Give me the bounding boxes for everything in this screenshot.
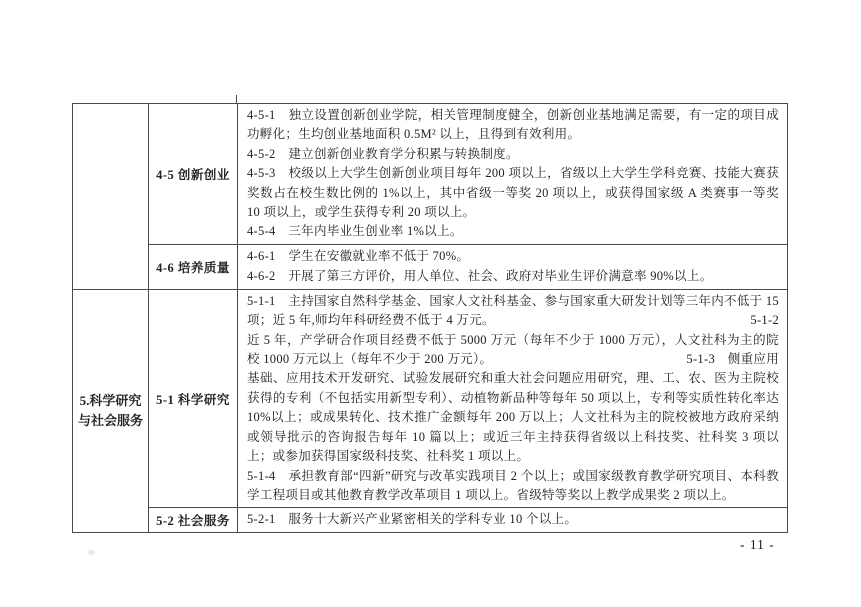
criteria-item-code-right: 5-1-3 侧重应用	[686, 350, 779, 369]
criteria-item-text: 5-1-4 承担教育部“四新”研究与改革实践项目 2 个以上；或国家级教育教学研…	[247, 469, 779, 502]
criteria-item-text: 4-5-1 独立设置创新创业学院，相关管理制度健全，创新创业基地满足需要，有一定…	[247, 108, 779, 141]
category-label-line2: 与社会服务	[75, 411, 146, 431]
category-cell-empty	[73, 104, 149, 290]
criteria-item-text: 5-1-1 主持国家自然科学基金、国家人文社科基金、参与国家重大研发计划等三年内…	[247, 294, 779, 327]
criteria-cell-4-6: 4-6-1 学生在安徽就业率不低于 70%。4-6-2 开展了第三方评价，用人单…	[238, 244, 788, 289]
criteria-cell-5-2: 5-2-1 服务十大新兴产业紧密相关的学科专业 10 个以上。	[238, 508, 788, 532]
evaluation-table: 4-5 创新创业 4-5-1 独立设置创新创业学院，相关管理制度健全，创新创业基…	[72, 103, 788, 533]
criteria-item: 近 5 年，产学研合作项目经费不低于 5000 万元（每年不少于 1000 万元…	[247, 331, 779, 370]
criteria-item: 5-2-1 服务十大新兴产业紧密相关的学科专业 10 个以上。	[247, 510, 779, 529]
table-row: 5.科学研究 与社会服务 5-1 科学研究 5-1-1 主持国家自然科学基金、国…	[73, 289, 788, 507]
indicator-cell-4-6: 4-6 培养质量	[149, 244, 238, 289]
criteria-item: 基础、应用技术开发研究、试验发展研究和重大社会问题应用研究，理、工、农、医为主院…	[247, 369, 779, 466]
criteria-item-code-right: 5-1-2	[750, 311, 779, 330]
criteria-item: 4-5-3 校级以上大学生创新创业项目每年 200 项以上，省级以上大学生学科竞…	[247, 164, 779, 222]
criteria-item: 4-5-4 三年内毕业生创业率 1%以上。	[247, 222, 779, 241]
criteria-item-text: 4-5-4 三年内毕业生创业率 1%以上。	[247, 224, 463, 238]
category-label-line1: 5.科学研究	[75, 391, 146, 411]
criteria-item: 5-1-1 主持国家自然科学基金、国家人文社科基金、参与国家重大研发计划等三年内…	[247, 292, 779, 331]
criteria-item: 5-1-4 承担教育部“四新”研究与改革实践项目 2 个以上；或国家级教育教学研…	[247, 467, 779, 506]
criteria-item: 4-6-2 开展了第三方评价，用人单位、社会、政府对毕业生评价满意率 90%以上…	[247, 267, 779, 286]
criteria-item: 4-6-1 学生在安徽就业率不低于 70%。	[247, 247, 779, 266]
indicator-cell-5-2: 5-2 社会服务	[149, 508, 238, 532]
document-page: 4-5 创新创业 4-5-1 独立设置创新创业学院，相关管理制度健全，创新创业基…	[0, 0, 861, 607]
table-continuation-tick	[236, 95, 237, 103]
indicator-cell-5-1: 5-1 科学研究	[149, 289, 238, 507]
table-row: 4-6 培养质量 4-6-1 学生在安徽就业率不低于 70%。4-6-2 开展了…	[73, 244, 788, 289]
criteria-cell-4-5: 4-5-1 独立设置创新创业学院，相关管理制度健全，创新创业基地满足需要，有一定…	[238, 104, 788, 245]
smudge-mark	[88, 550, 95, 555]
indicator-cell-4-5: 4-5 创新创业	[149, 104, 238, 245]
page-number: - 11 -	[740, 537, 775, 553]
criteria-item-text: 4-5-3 校级以上大学生创新创业项目每年 200 项以上，省级以上大学生学科竞…	[247, 166, 779, 219]
criteria-item-text: 4-5-2 建立创新创业教育学分积累与转换制度。	[247, 147, 519, 161]
criteria-item-text: 4-6-1 学生在安徽就业率不低于 70%。	[247, 249, 469, 263]
category-cell-science-research: 5.科学研究 与社会服务	[73, 289, 149, 532]
criteria-item-text: 4-6-2 开展了第三方评价，用人单位、社会、政府对毕业生评价满意率 90%以上…	[247, 269, 712, 283]
criteria-item-text: 基础、应用技术开发研究、试验发展研究和重大社会问题应用研究，理、工、农、医为主院…	[247, 371, 779, 463]
table-row: 4-5 创新创业 4-5-1 独立设置创新创业学院，相关管理制度健全，创新创业基…	[73, 104, 788, 245]
criteria-item: 4-5-2 建立创新创业教育学分积累与转换制度。	[247, 145, 779, 164]
criteria-item: 4-5-1 独立设置创新创业学院，相关管理制度健全，创新创业基地满足需要，有一定…	[247, 106, 779, 145]
criteria-cell-5-1: 5-1-1 主持国家自然科学基金、国家人文社科基金、参与国家重大研发计划等三年内…	[238, 289, 788, 507]
criteria-item-text: 5-2-1 服务十大新兴产业紧密相关的学科专业 10 个以上。	[247, 512, 577, 526]
table-row: 5-2 社会服务 5-2-1 服务十大新兴产业紧密相关的学科专业 10 个以上。	[73, 508, 788, 532]
